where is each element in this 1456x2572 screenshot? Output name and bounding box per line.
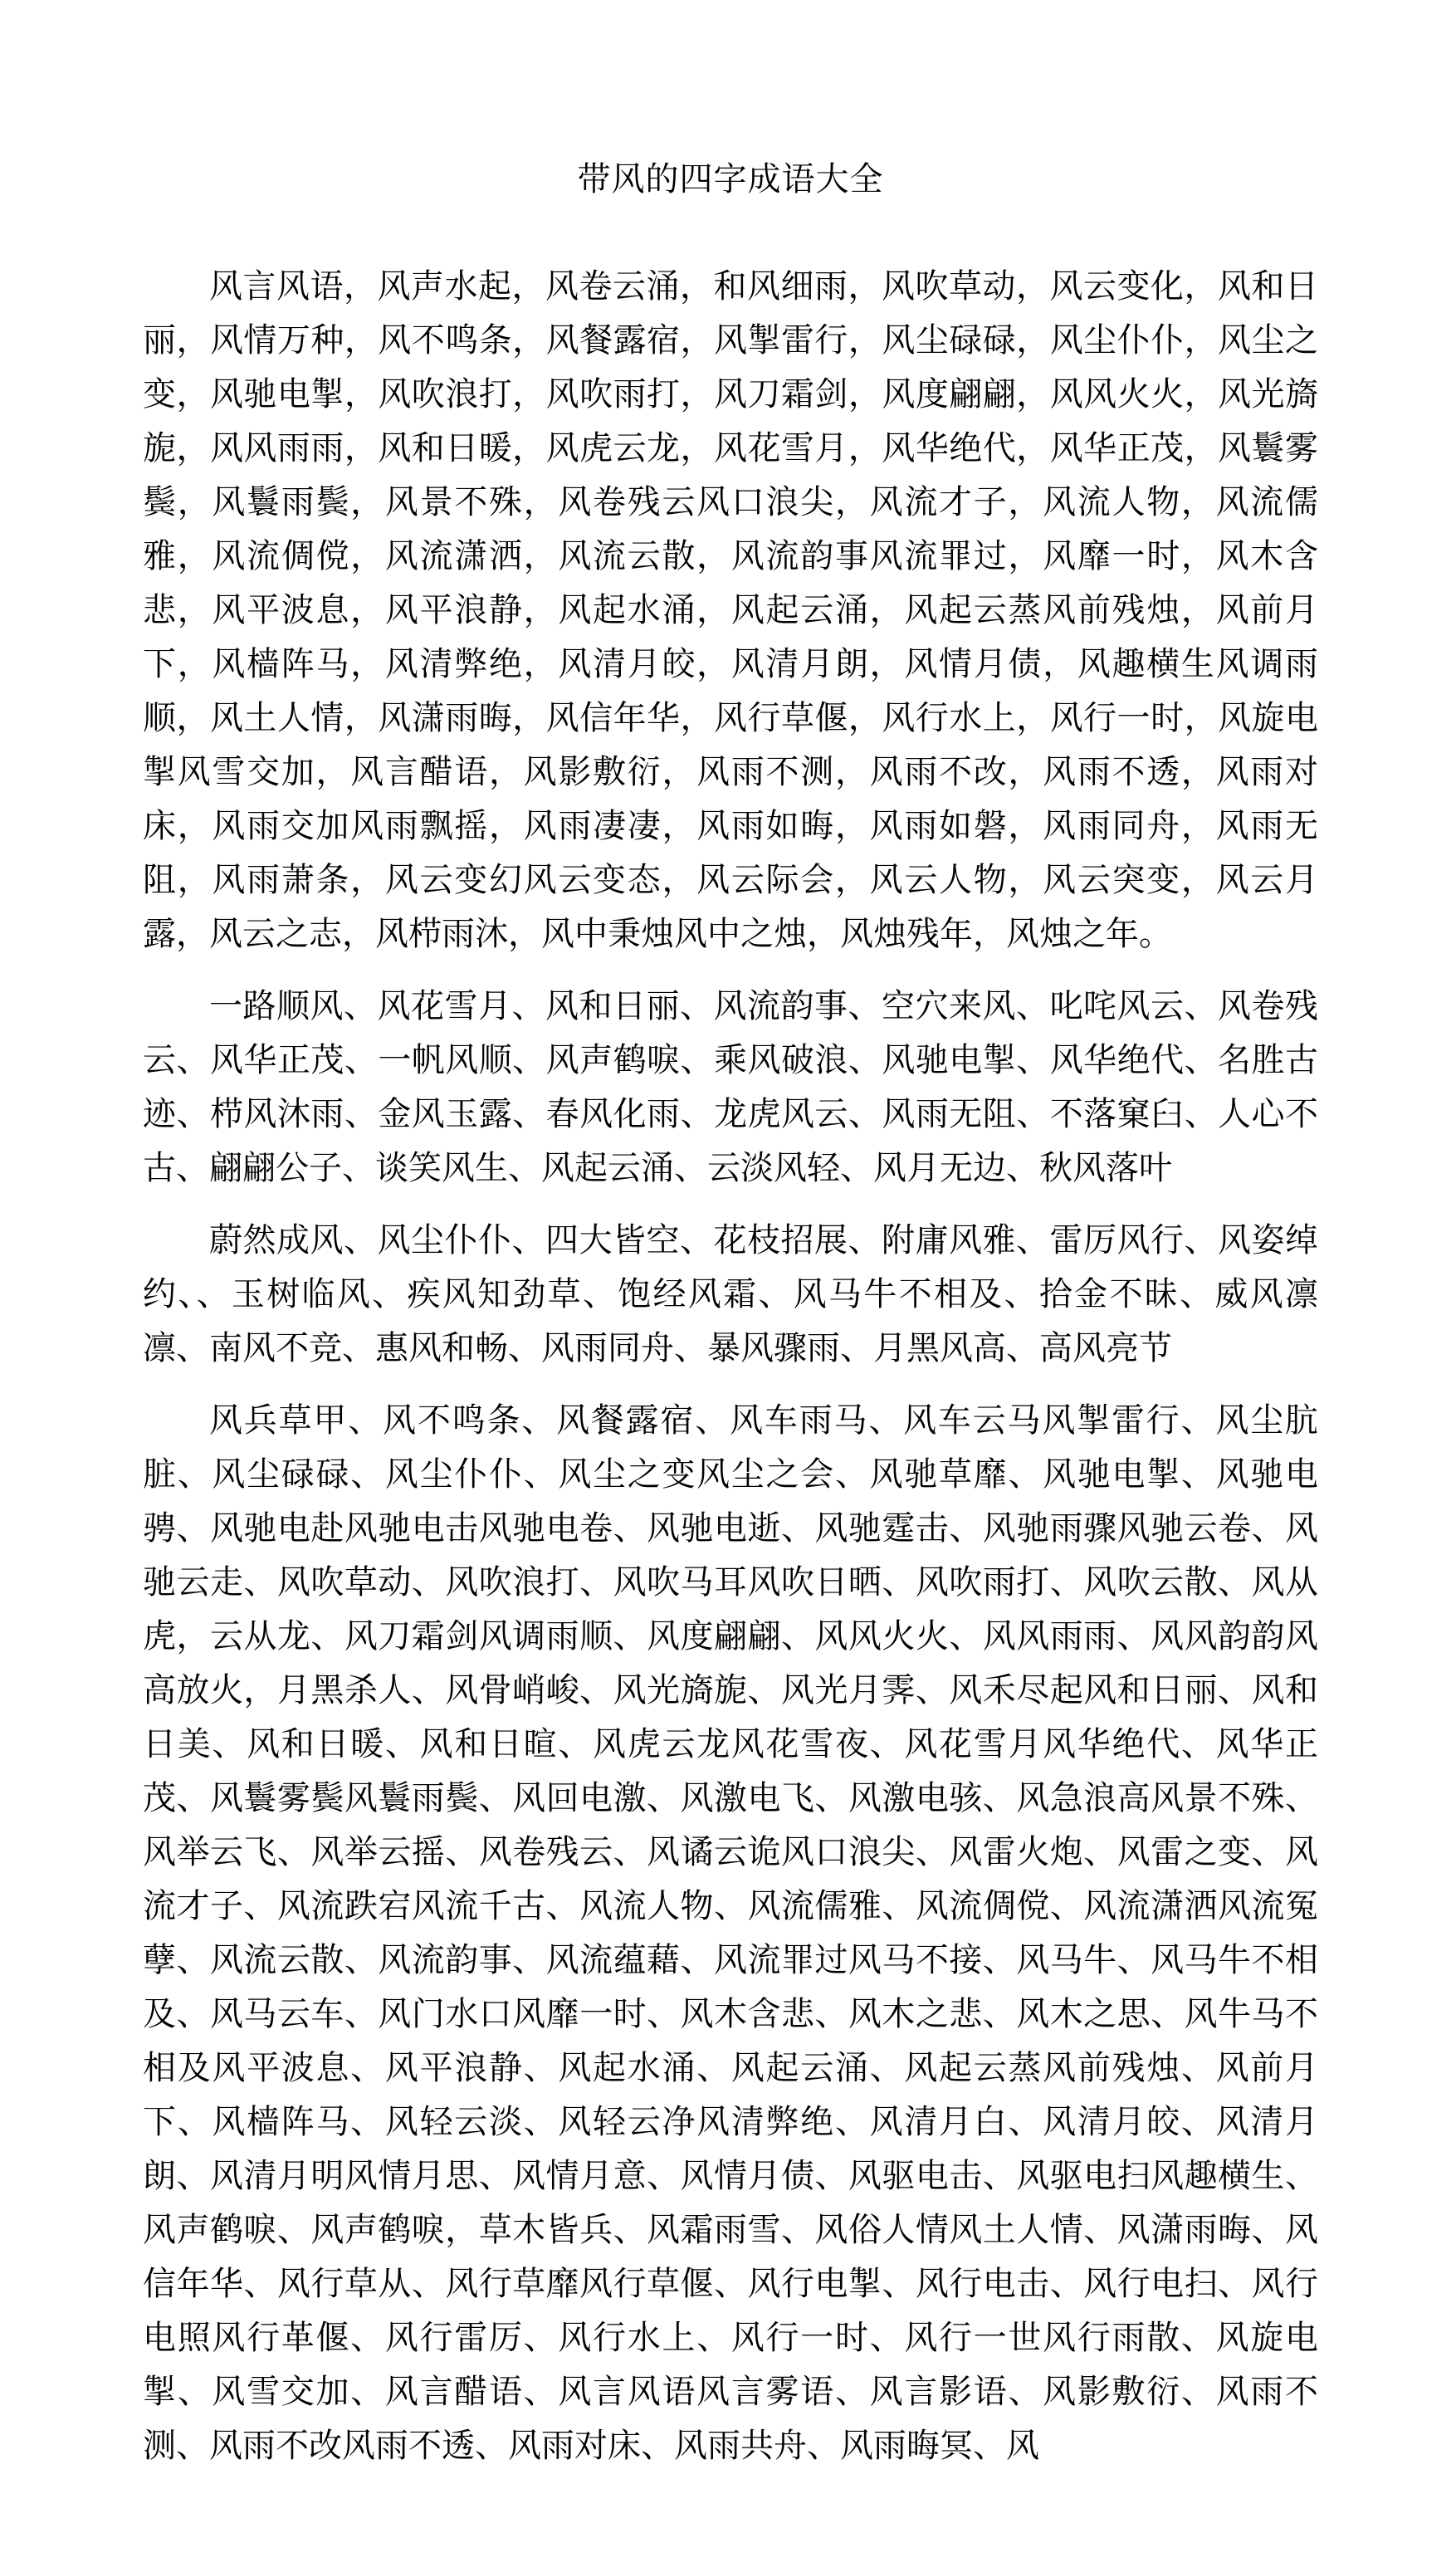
paragraph-idioms-list-4: 风兵草甲、风不鸣条、风餐露宿、风车雨马、风车云马风掣雷行、风尘肮脏、风尘碌碌、风… <box>143 1393 1318 2472</box>
paragraph-idioms-list-2: 一路顺风、风花雪月、风和日丽、风流韵事、空穴来风、叱咤风云、风卷残云、风华正茂、… <box>143 979 1318 1195</box>
paragraph-idioms-list-3: 蔚然成风、风尘仆仆、四大皆空、花枝招展、附庸风雅、雷厉风行、风姿绰约、、玉树临风… <box>143 1213 1318 1375</box>
paragraph-idioms-comma-list: 风言风语，风声水起，风卷云涌，和风细雨，风吹草动，风云变化，风和日丽，风情万种，… <box>143 259 1318 961</box>
document-page: 带风的四字成语大全 风言风语，风声水起，风卷云涌，和风细雨，风吹草动，风云变化，… <box>0 0 1456 2572</box>
page-title: 带风的四字成语大全 <box>143 159 1318 199</box>
